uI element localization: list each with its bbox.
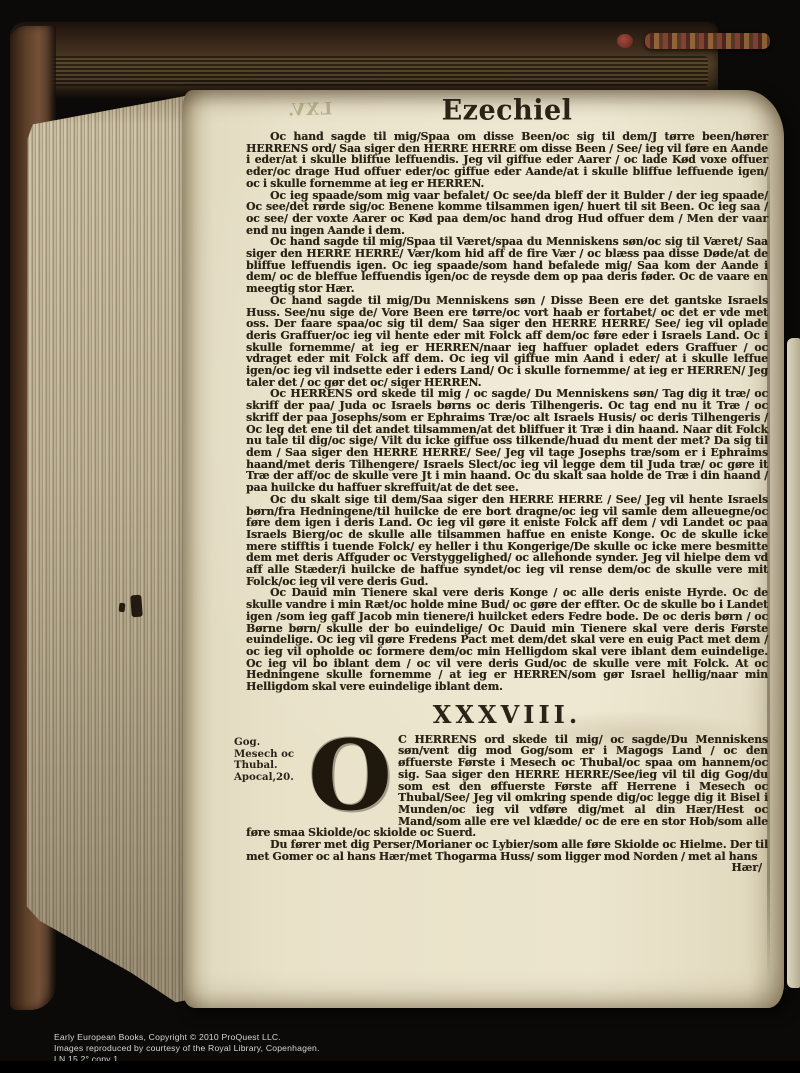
decorated-initial: O: [312, 736, 388, 818]
body-paragraph: Oc hand sagde til mig/Spaa om disse Been…: [246, 131, 768, 190]
page-text-block: Ezechiel Oc hand sagde til mig/Spaa om d…: [246, 95, 768, 874]
body-paragraph: Oc HERRENS ord skede til mig / oc sagde/…: [246, 388, 768, 493]
running-header: Ezechiel: [246, 94, 768, 126]
body-paragraph: Oc Dauid min Tienere skal vere deris Kon…: [246, 587, 768, 692]
body-paragraph: Oc hand sagde til mig/Spaa til Været/spa…: [246, 236, 768, 295]
margin-note: Gog. Mesech oc Thubal. Apocal,20.: [234, 737, 302, 784]
body-paragraph: Oc hand sagde til mig/Du Menniskens søn …: [246, 295, 768, 389]
ink-mark-small: [119, 603, 126, 613]
archive-caption-line: Images reproduced by courtesy of the Roy…: [54, 1043, 320, 1054]
book-headband-dot: [617, 34, 633, 48]
scan-bottom-bar: [0, 1061, 800, 1073]
body-paragraph: Oc ieg spaade/som mig vaar befalet/ Oc s…: [246, 190, 768, 237]
margin-note-line: Gog.: [234, 737, 302, 749]
body-paragraph: Oc du skalt sige til dem/Saa siger den H…: [246, 494, 768, 588]
book-photograph: LXV. Ezechiel Oc hand sagde til mig/Spaa…: [0, 0, 800, 1073]
archive-caption: Early European Books, Copyright © 2010 P…: [54, 1032, 320, 1064]
book-page: LXV. Ezechiel Oc hand sagde til mig/Spaa…: [183, 90, 784, 1008]
chapter-paragraph: Du fører met dig Perser/Morianer oc Lybi…: [246, 839, 768, 862]
book-headband: [645, 33, 770, 49]
adjacent-page-edge: [787, 338, 800, 988]
margin-note-line: Apocal,20.: [234, 772, 302, 784]
catchword: Hær/: [246, 862, 768, 874]
book-cover-top-edge: [10, 22, 718, 98]
ink-mark-large: [130, 595, 143, 618]
book-fore-edge-pages: [26, 58, 196, 1006]
archive-caption-line: Early European Books, Copyright © 2010 P…: [54, 1032, 320, 1043]
chapter-opening: Gog. Mesech oc Thubal. Apocal,20. O C HE…: [246, 734, 768, 839]
